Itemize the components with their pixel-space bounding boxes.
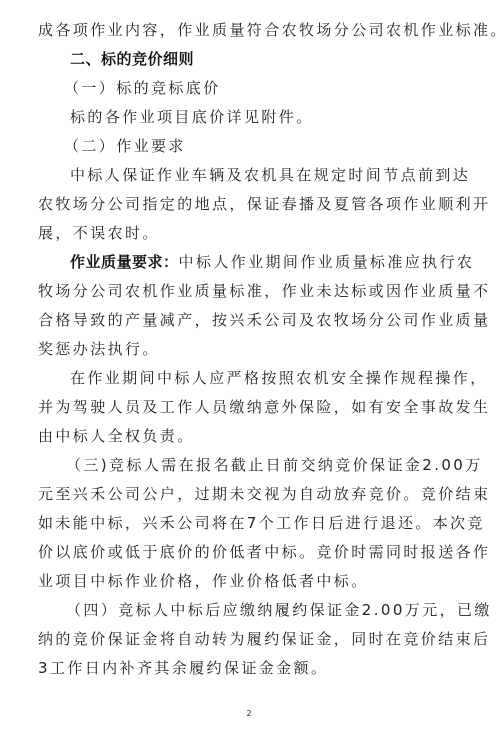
paragraph-line: 合格导致的产量减产，按兴禾公司及农牧场分公司作业质量	[38, 310, 462, 330]
paragraph-line: 展，不误农时。	[38, 223, 462, 243]
section-heading: 二、标的竞价细则	[70, 49, 494, 69]
paragraph-line: 由中标人全权负责。	[38, 426, 462, 446]
paragraph-line: 价以底价或低于底价的价低者中标。竞价时需同时报送各作	[38, 542, 462, 562]
subsection-heading: （一）标的竞标底价	[64, 78, 488, 98]
paragraph-line: （三)竞标人需在报名截止日前交纳竞价保证金2.00万	[66, 455, 490, 475]
bold-label: 作业质量要求：	[70, 253, 179, 271]
paragraph-line: 标的各作业项目底价详见附件。	[70, 107, 494, 127]
paragraph-line: 农牧场分公司指定的地点，保证春播及夏管各项作业顺利开	[38, 194, 462, 214]
paragraph-line: （四）竞标人中标后应缴纳履约保证金2.00万元，已缴	[66, 600, 490, 620]
paragraph-line: 并为驾驶人员及工作人员缴纳意外保险，如有安全事故发生	[38, 397, 462, 417]
subsection-heading: （二）作业要求	[64, 136, 488, 156]
paragraph-line: 奖惩办法执行。	[38, 339, 462, 359]
paragraph-line: 元至兴禾公司公户，过期未交视为自动放弃竞价。竞价结束	[38, 484, 462, 504]
paragraph-line: 业项目中标作业价格，作业价格低者中标。	[38, 571, 462, 591]
paragraph-line: 成各项作业内容，作业质量符合农牧场分公司农机作业标准。	[38, 20, 462, 40]
paragraph-line: 作业质量要求：中标人作业期间作业质量标准应执行农	[70, 252, 494, 272]
paragraph-text: 中标人作业期间作业质量标准应执行农	[179, 253, 475, 271]
paragraph-line: 中标人保证作业车辆及农机具在规定时间节点前到达	[70, 165, 494, 185]
paragraph-line: 纳的竞价保证金将自动转为履约保证金，同时在竞价结束后	[38, 629, 462, 649]
paragraph-line: 牧场分公司农机作业质量标准，作业未达标或因作业质量不	[38, 281, 462, 301]
paragraph-line: 3工作日内补齐其余履约保证金金额。	[38, 658, 462, 678]
document-page: 成各项作业内容，作业质量符合农牧场分公司农机作业标准。 二、标的竞价细则 （一）…	[0, 0, 498, 744]
paragraph-line: 如未能中标，兴禾公司将在7个工作日后进行退还。本次竞	[38, 513, 462, 533]
page-number: 2	[0, 709, 498, 718]
paragraph-line: 在作业期间中标人应严格按照农机安全操作规程操作，	[70, 368, 494, 388]
